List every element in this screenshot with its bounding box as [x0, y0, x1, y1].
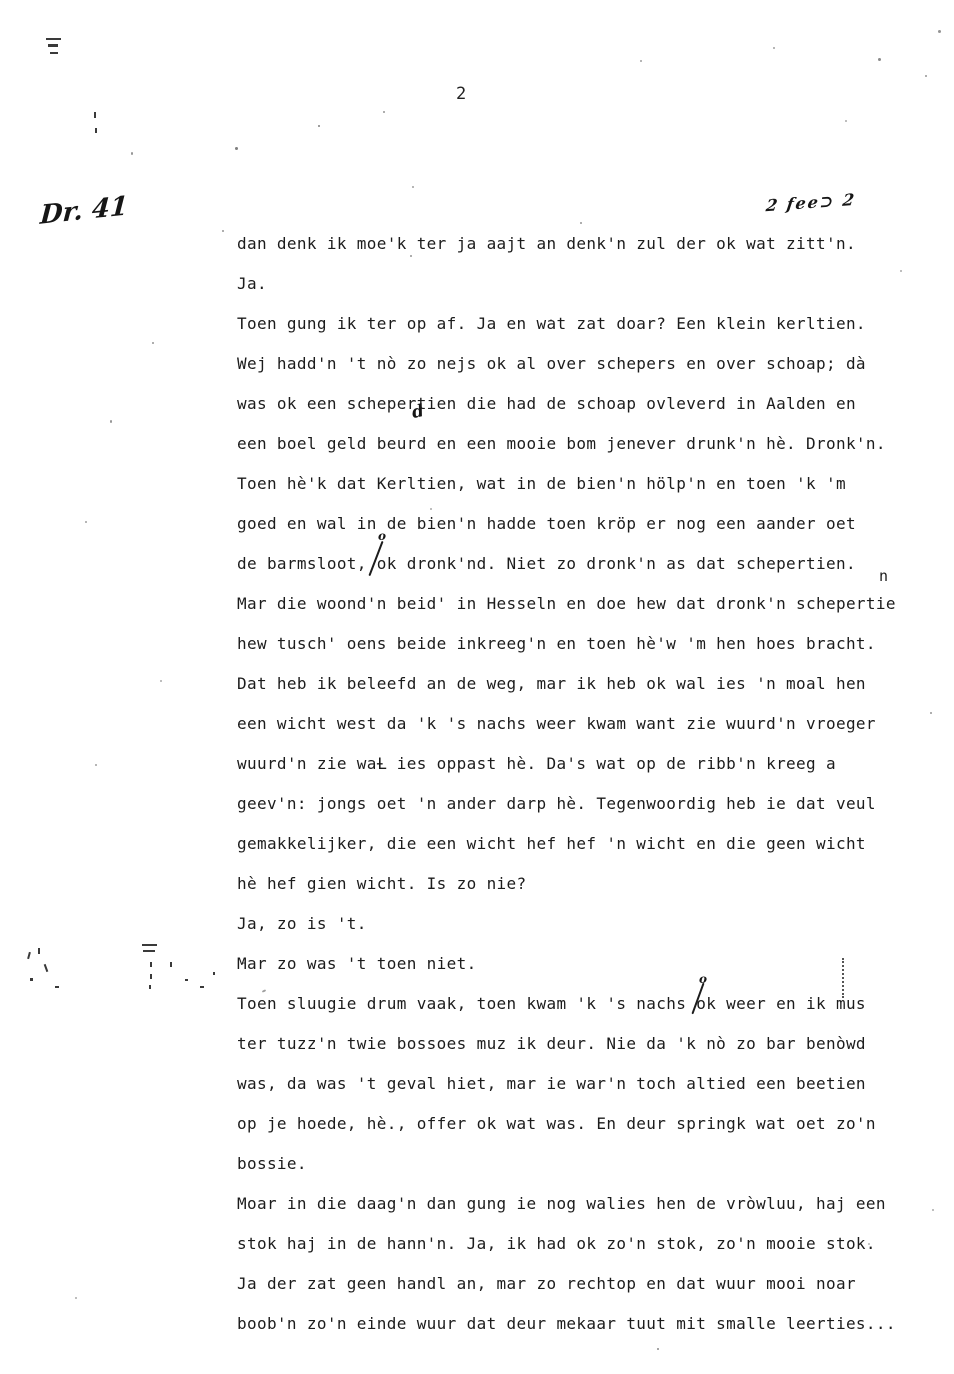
scan-speckle: [845, 120, 847, 122]
fold-mark: [149, 985, 151, 989]
typed-line: Mar zo was 't toen niet.: [237, 944, 927, 984]
scan-smudge: [95, 128, 97, 133]
typed-line: Wej hadd'n 't nò zo nejs ok al over sche…: [237, 344, 927, 384]
typed-line: Ja, zo is 't.: [237, 904, 927, 944]
scan-speckle: [640, 60, 642, 62]
scan-speckle: [318, 125, 320, 127]
scan-speckle: [878, 58, 881, 61]
typed-line: een wicht west da 'k 's nachs weer kwam …: [237, 704, 927, 744]
typed-line: was ok een schepertien die had de schoap…: [237, 384, 927, 424]
typed-line: hew tusch' oens beide inkreeg'n en toen …: [237, 624, 927, 664]
typed-line: stok haj in de hann'n. Ja, ik had ok zo'…: [237, 1224, 927, 1264]
fold-mark: [44, 964, 49, 972]
scan-speckle: [932, 1209, 934, 1211]
typed-line: Toen sluugie drum vaak, toen kwam 'k 's …: [237, 984, 927, 1024]
superscript-n-correction: n: [879, 567, 888, 585]
scan-speckle: [550, 319, 552, 321]
scan-speckle: [412, 186, 414, 188]
typed-line: Ja der zat geen handl an, mar zo rechtop…: [237, 1264, 927, 1304]
fold-mark: [150, 962, 152, 967]
typed-text-block: dan denk ik moe'k ter ja aajt an denk'n …: [237, 224, 927, 1344]
scan-speckle: [242, 962, 245, 964]
crease-mark: [842, 958, 844, 998]
scan-speckle: [430, 508, 432, 510]
scan-speckle: [131, 152, 133, 155]
typed-line: Mar die woond'n beid' in Hesseln en doe …: [237, 584, 927, 624]
scan-speckle: [383, 111, 385, 113]
typed-line: ter tuzz'n twie bossoes muz ik deur. Nie…: [237, 1024, 927, 1064]
fold-mark: [27, 952, 31, 959]
typed-line: goed en wal in de bien'n hadde toen kröp…: [237, 504, 927, 544]
scan-speckle: [925, 75, 927, 77]
scan-speckle: [410, 255, 412, 257]
fold-mark: [200, 986, 204, 988]
handwritten-catalog-mark: Dr. 41: [39, 191, 129, 231]
typed-line: hè hef gien wicht. Is zo nie?: [237, 864, 927, 904]
scan-speckle: [85, 521, 87, 523]
scan-speckle: [110, 420, 112, 423]
scan-speckle: [95, 764, 97, 766]
scan-smudge: [94, 112, 96, 118]
typed-line: een boel geld beurd en een mooie bom jen…: [237, 424, 927, 464]
scan-speckle: [900, 270, 902, 272]
scan-speckle: [235, 147, 238, 150]
scan-speckle: [152, 342, 154, 344]
typed-line: dan denk ik moe'k ter ja aajt an denk'n …: [237, 224, 927, 264]
typed-line: geev'n: jongs oet 'n ander darp hè. Tege…: [237, 784, 927, 824]
handwritten-fee-note: 2 fee⊃ 2: [765, 190, 858, 216]
fold-mark: [170, 962, 172, 967]
typed-line: wuurd'n zie waȽ ies oppast hè. Da's wat …: [237, 744, 927, 784]
scan-speckle: [75, 1297, 77, 1299]
scan-speckle: [930, 712, 932, 714]
fold-mark: [142, 944, 157, 946]
typed-line: de barmsloot, ok dronk'nd. Niet zo dronk…: [237, 544, 927, 584]
scan-smudge: [50, 52, 58, 54]
fold-mark: [55, 986, 59, 988]
scan-speckle: [868, 1243, 870, 1245]
typed-line: Toen hè'k dat Kerltien, wat in de bien'n…: [237, 464, 927, 504]
typed-line: gemakkelijker, die een wicht hef hef 'n …: [237, 824, 927, 864]
fold-mark: [38, 948, 40, 954]
scan-speckle: [938, 30, 941, 33]
scan-speckle: [773, 47, 775, 49]
scan-smudge: [48, 44, 58, 47]
scan-speckle: [580, 222, 582, 224]
fold-mark: [143, 950, 155, 952]
page-number: 2: [456, 84, 466, 104]
typed-line: Ja.: [237, 264, 927, 304]
scan-speckle: [657, 1348, 659, 1350]
scan-speckle: [222, 230, 224, 232]
fold-mark: [30, 978, 33, 981]
typed-line: Moar in die daag'n dan gung ie nog walie…: [237, 1184, 927, 1224]
typed-line: boob'n zo'n einde wuur dat deur mekaar t…: [237, 1304, 927, 1344]
scan-speckle: [160, 680, 162, 682]
scan-smudge: [46, 38, 61, 40]
typed-line: op je hoede, hè., offer ok wat was. En d…: [237, 1104, 927, 1144]
typed-line: Dat heb ik beleefd an de weg, mar ik heb…: [237, 664, 927, 704]
fold-mark: [185, 979, 188, 981]
fold-mark: [213, 972, 215, 975]
scanned-page: 2 Dr. 41 2 fee⊃ 2 dan denk ik moe'k ter …: [0, 0, 954, 1374]
typed-line: bossie.: [237, 1144, 927, 1184]
fold-mark: [150, 974, 152, 979]
typed-line: was, da was 't geval hiet, mar ie war'n …: [237, 1064, 927, 1104]
typed-line: Toen gung ik ter op af. Ja en wat zat do…: [237, 304, 927, 344]
